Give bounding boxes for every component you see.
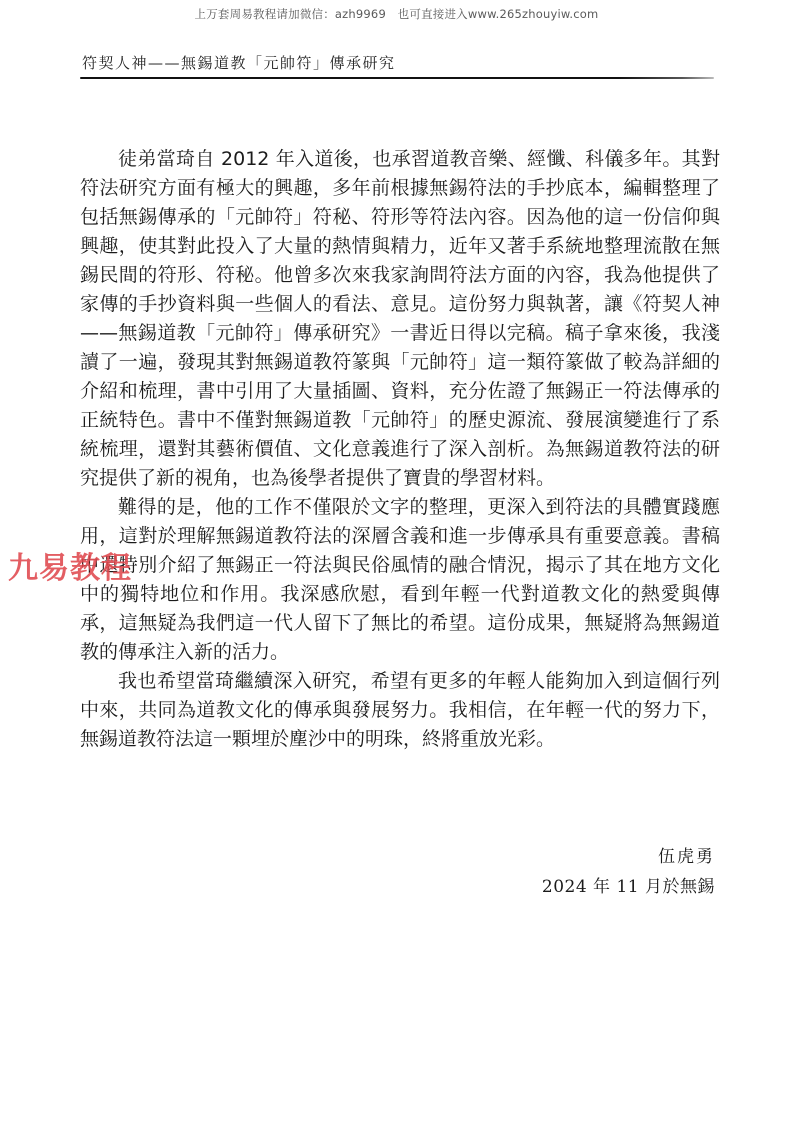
overlay-watermark-logo: 九易教程	[8, 543, 132, 587]
header-rule-divider	[80, 77, 714, 79]
running-header-title: 符契人神——無錫道教「元帥符」傳承研究	[82, 52, 396, 73]
top-watermark-banner: 上万套周易教程请加微信：azh9969 也可直接进入www.265zhouyiw…	[0, 6, 793, 22]
paragraph-3: 我也希望當琦繼續深入研究，希望有更多的年輕人能夠加入到這個行列中來，共同為道教文…	[80, 667, 720, 754]
preface-body: 徒弟當琦自 2012 年入道後，也承習道教音樂、經懺、科儀多年。其對符法研究方面…	[80, 145, 720, 754]
paragraph-2: 難得的是，他的工作不僅限於文字的整理，更深入到符法的具體實踐應用，這對於理解無錫…	[80, 493, 720, 667]
signature-date-place: 2024 年 11 月於無錫	[460, 872, 715, 897]
signature-author: 伍虎勇	[460, 842, 715, 867]
paragraph-1: 徒弟當琦自 2012 年入道後，也承習道教音樂、經懺、科儀多年。其對符法研究方面…	[80, 145, 720, 493]
